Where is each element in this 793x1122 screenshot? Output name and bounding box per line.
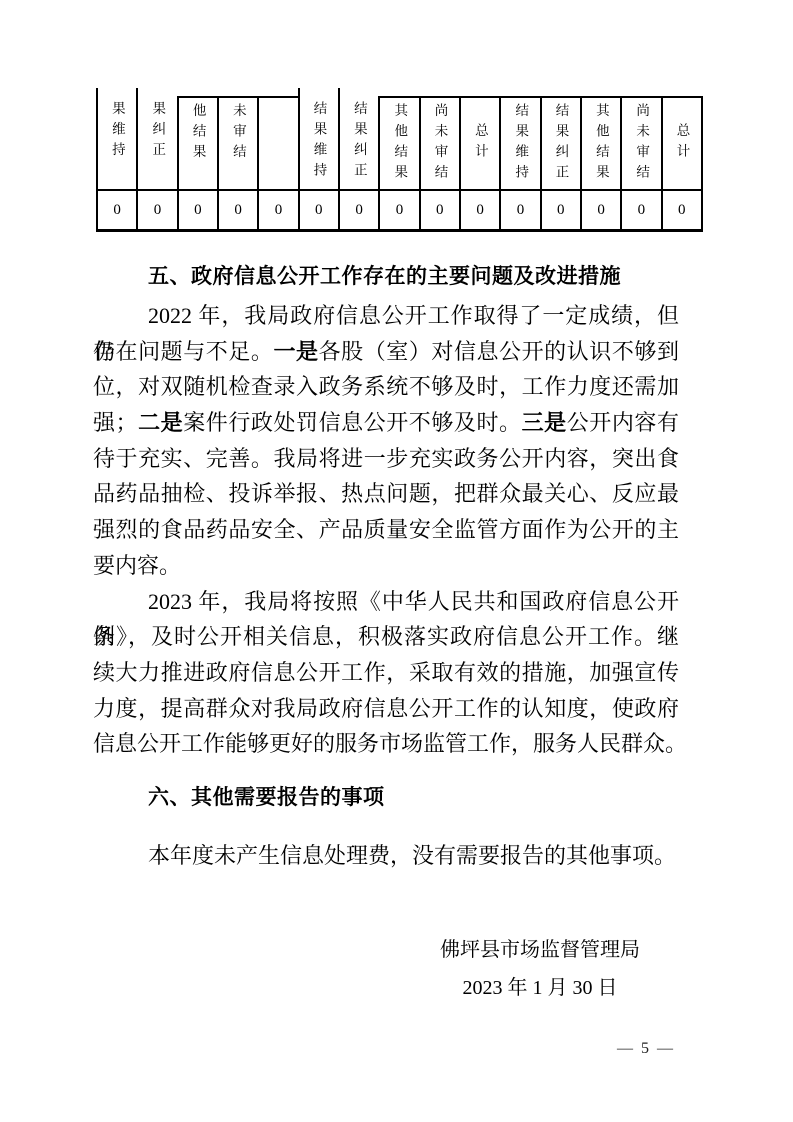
- column-header: 结果纠正: [542, 98, 580, 189]
- column-header: 果纠正: [138, 88, 176, 189]
- paragraph: 2023 年，我局将按照《中华人民共和国政府信息公开条例》，及时公开相关信息，积…: [93, 584, 679, 762]
- table-column: 尚未审结0: [620, 96, 660, 229]
- column-value: 0: [138, 189, 176, 229]
- column-header: 尚未审结: [421, 98, 459, 189]
- text-line: 品药品抽检、投诉举报、热点问题，把群众最关心、反应最: [93, 476, 679, 512]
- section-heading-five: 五、政府信息公开工作存在的主要问题及改进措施: [93, 260, 705, 290]
- table-column: 其他结果0: [378, 96, 418, 229]
- section-five-body: 2022 年，我局政府信息公开工作取得了一定成绩，但仍存在问题与不足。一是各股（…: [93, 298, 679, 762]
- column-value: 0: [421, 189, 459, 229]
- table-column: 其他结果0: [580, 96, 620, 229]
- table-column: 结果纠正0: [540, 96, 580, 229]
- text-line: 待于充实、完善。我局将进一步充实政务公开内容，突出食: [93, 441, 679, 477]
- column-value: 0: [98, 189, 136, 229]
- column-value: 0: [259, 189, 297, 229]
- column-header: 结果纠正: [340, 88, 378, 189]
- column-value: 0: [622, 189, 660, 229]
- summary-table: 果维持0果纠正0他结果0未审结00结果维持0结果纠正0其他结果0尚未审结0总计0…: [96, 88, 703, 232]
- column-header: 结果维持: [501, 98, 539, 189]
- column-header: 结果维持: [300, 88, 338, 189]
- column-header: 其他结果: [380, 98, 418, 189]
- table-column: 果维持0: [96, 88, 136, 229]
- column-value: 0: [501, 189, 539, 229]
- text-line: 例》，及时公开相关信息，积极落实政府信息公开工作。继: [93, 619, 679, 655]
- table-column: 0: [257, 96, 297, 229]
- text-line: 信息公开工作能够更好的服务市场监管工作，服务人民群众。: [93, 726, 679, 762]
- text-line: 续大力推进政府信息公开工作，采取有效的措施，加强宣传: [93, 655, 679, 691]
- text-line: 要内容。: [93, 548, 679, 584]
- column-header: [259, 98, 297, 189]
- text-line: 存在问题与不足。一是各股（室）对信息公开的认识不够到: [93, 334, 679, 370]
- column-value: 0: [340, 189, 378, 229]
- column-value: 0: [179, 189, 217, 229]
- column-header: 尚未审结: [622, 98, 660, 189]
- column-value: 0: [663, 189, 701, 229]
- table-column: 他结果0: [177, 96, 217, 229]
- column-header: 他结果: [179, 98, 217, 189]
- table-column: 结果维持0: [298, 88, 338, 229]
- column-header: 果维持: [98, 88, 136, 189]
- column-header: 其他结果: [582, 98, 620, 189]
- table-column: 果纠正0: [136, 88, 176, 229]
- paragraph: 本年度未产生信息处理费，没有需要报告的其他事项。: [93, 838, 679, 874]
- table-column: 尚未审结0: [419, 96, 459, 229]
- table-column: 结果纠正0: [338, 88, 378, 229]
- table-column: 总计0: [459, 96, 499, 229]
- column-value: 0: [542, 189, 580, 229]
- column-value: 0: [300, 189, 338, 229]
- column-header: 总计: [663, 98, 701, 189]
- page-number: — 5 —: [617, 1040, 675, 1058]
- text-line: 2022 年，我局政府信息公开工作取得了一定成绩，但仍: [93, 298, 679, 334]
- column-value: 0: [219, 189, 257, 229]
- text-line: 位，对双随机检查录入政务系统不够及时，工作力度还需加: [93, 369, 679, 405]
- text-line: 强；二是案件行政处罚信息公开不够及时。三是公开内容有: [93, 405, 679, 441]
- section-heading-six: 六、其他需要报告的事项: [93, 781, 705, 811]
- document-page: 果维持0果纠正0他结果0未审结00结果维持0结果纠正0其他结果0尚未审结0总计0…: [0, 0, 793, 1122]
- text-line: 本年度未产生信息处理费，没有需要报告的其他事项。: [93, 838, 679, 874]
- section-six-body: 本年度未产生信息处理费，没有需要报告的其他事项。: [93, 838, 679, 874]
- table-column: 未审结0: [217, 96, 257, 229]
- signature-block: 佛坪县市场监督管理局 2023 年 1 月 30 日: [380, 931, 700, 1007]
- column-value: 0: [380, 189, 418, 229]
- paragraph: 2022 年，我局政府信息公开工作取得了一定成绩，但仍存在问题与不足。一是各股（…: [93, 298, 679, 584]
- column-value: 0: [582, 189, 620, 229]
- table-column: 结果维持0: [499, 96, 539, 229]
- text-line: 力度，提高群众对我局政府信息公开工作的认知度，使政府: [93, 691, 679, 727]
- text-line: 强烈的食品药品安全、产品质量安全监管方面作为公开的主: [93, 512, 679, 548]
- report-date: 2023 年 1 月 30 日: [380, 969, 700, 1007]
- column-value: 0: [461, 189, 499, 229]
- column-header: 总计: [461, 98, 499, 189]
- column-header: 未审结: [219, 98, 257, 189]
- text-line: 2023 年，我局将按照《中华人民共和国政府信息公开条: [93, 584, 679, 620]
- table-column: 总计0: [661, 96, 703, 229]
- agency-signature: 佛坪县市场监督管理局: [380, 931, 700, 969]
